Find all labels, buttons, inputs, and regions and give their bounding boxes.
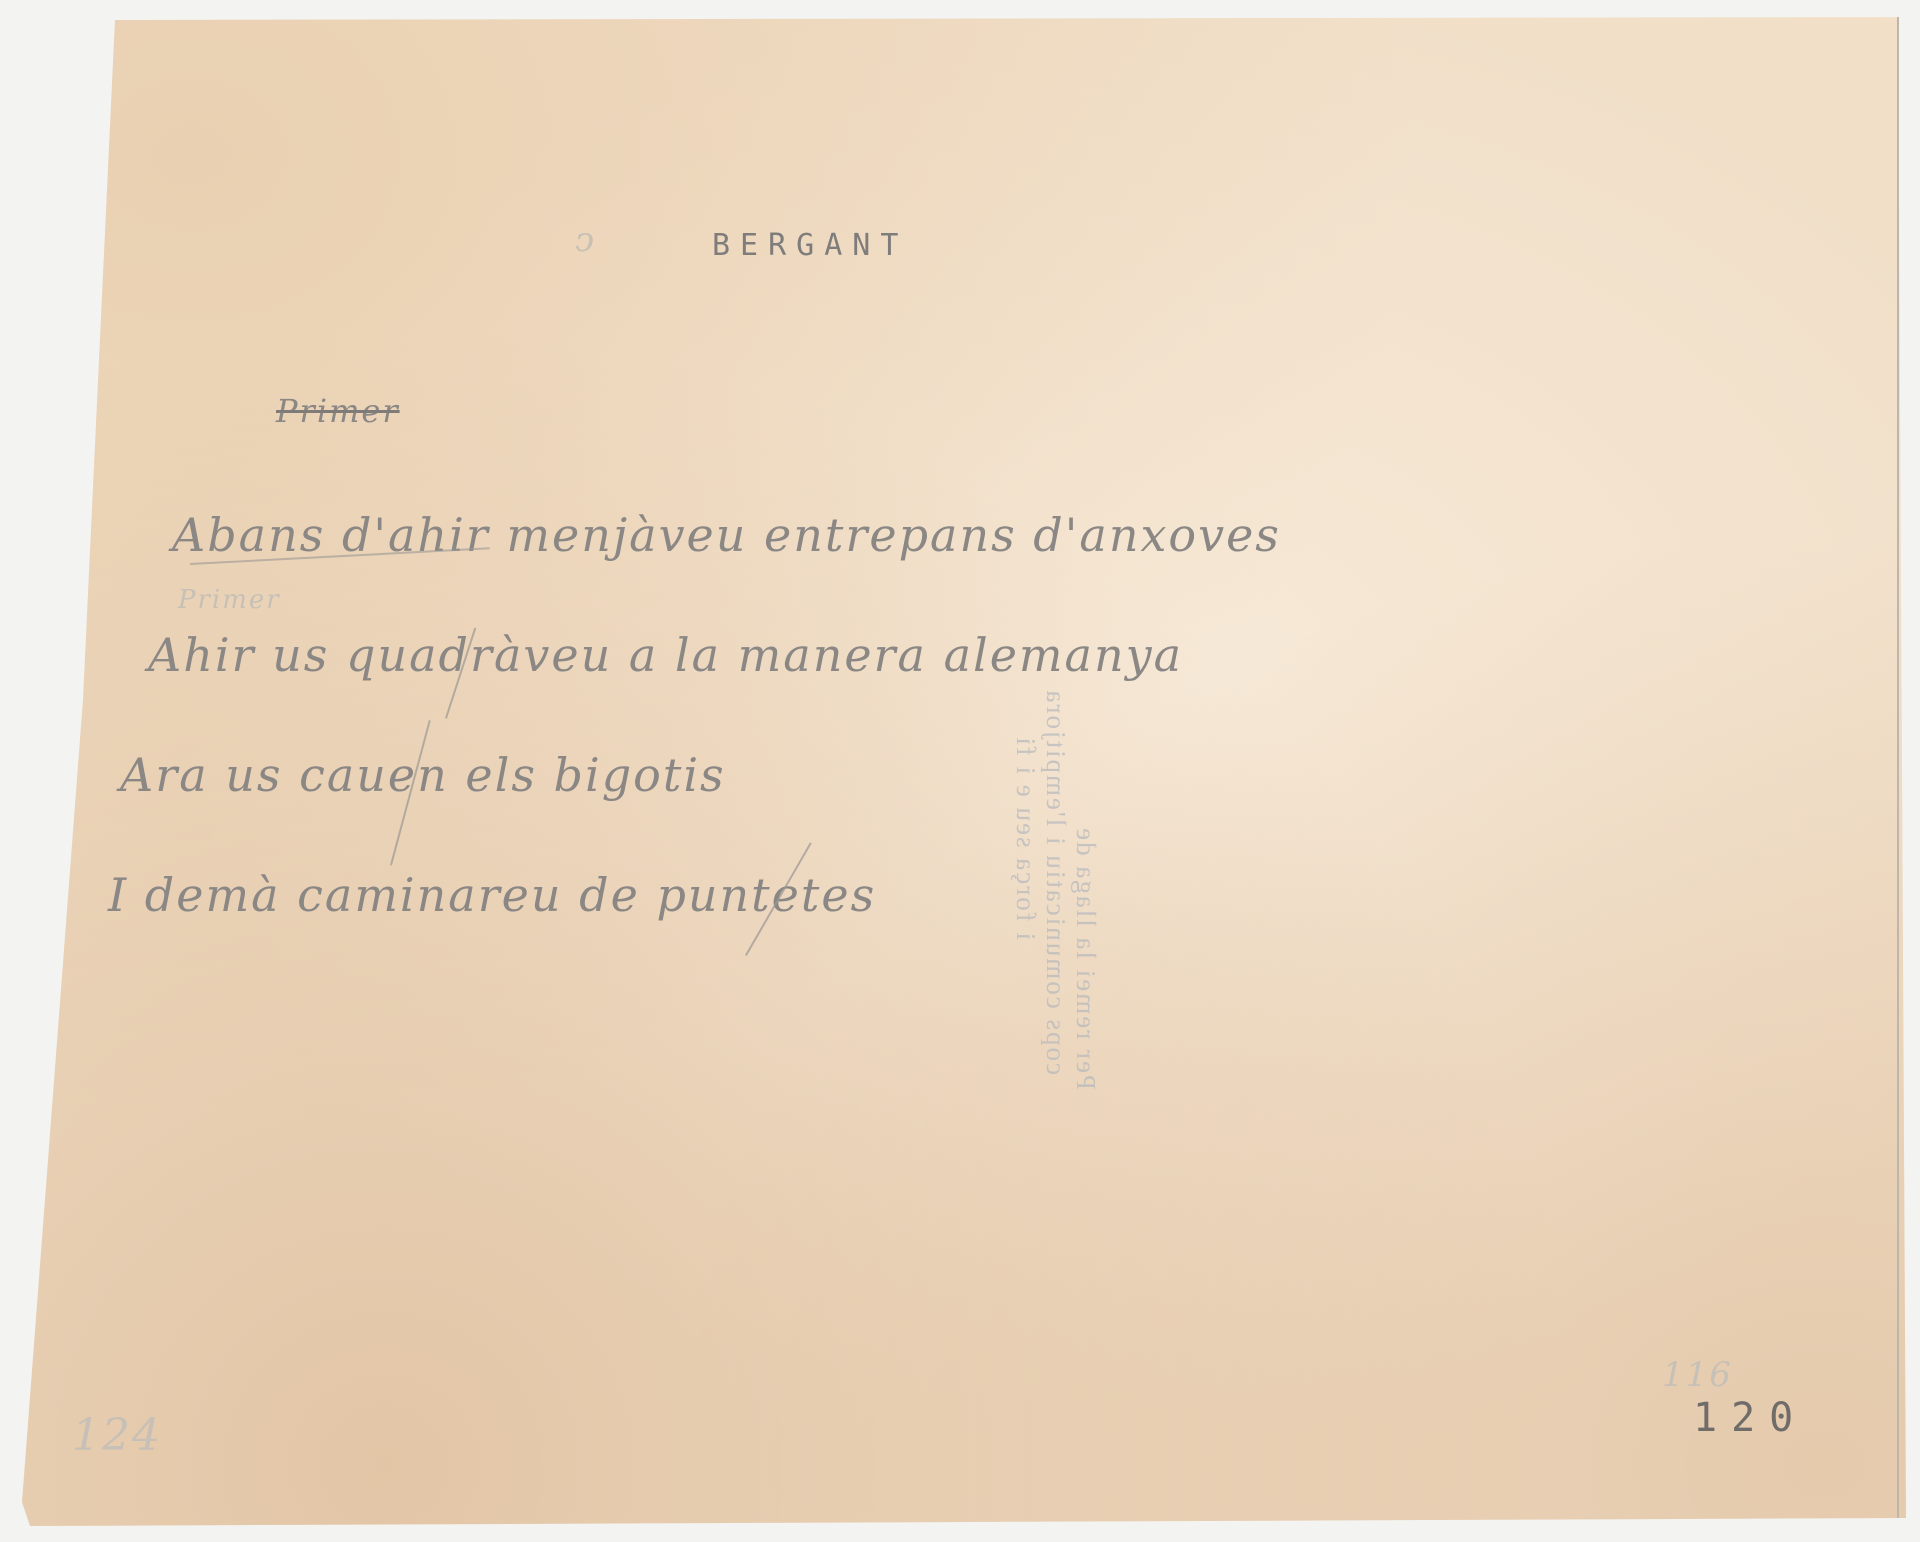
verse-line-3: Ara us cauen els bigotis: [120, 748, 726, 802]
faint-page-number-right: 116: [1662, 1355, 1733, 1395]
show-through-column-2: cops comunicatiu i l'empitjora: [1040, 495, 1071, 1075]
verse-line-4: I demà caminareu de puntetes: [108, 868, 876, 922]
page-number-right: 120: [1693, 1395, 1807, 1441]
show-through-column-1: Per remei la llaga de: [1070, 470, 1101, 1090]
title-prefix-mark: ↄ: [575, 220, 596, 260]
verse-line-1: Abans d'ahir menjàveu entrepans d'anxove…: [172, 508, 1281, 562]
faint-page-number-left: 124: [72, 1410, 162, 1461]
page-edge-shadow: [1897, 17, 1899, 1518]
struck-heading: Primer: [276, 392, 400, 430]
show-through-column-3: i força seu e i fi: [1010, 520, 1041, 940]
paper-sheet: ↄ BERGANT Primer Abans d'ahir menjàveu e…: [0, 0, 1920, 1542]
faint-annotation: Primer: [178, 585, 281, 615]
document-title: BERGANT: [712, 228, 908, 263]
